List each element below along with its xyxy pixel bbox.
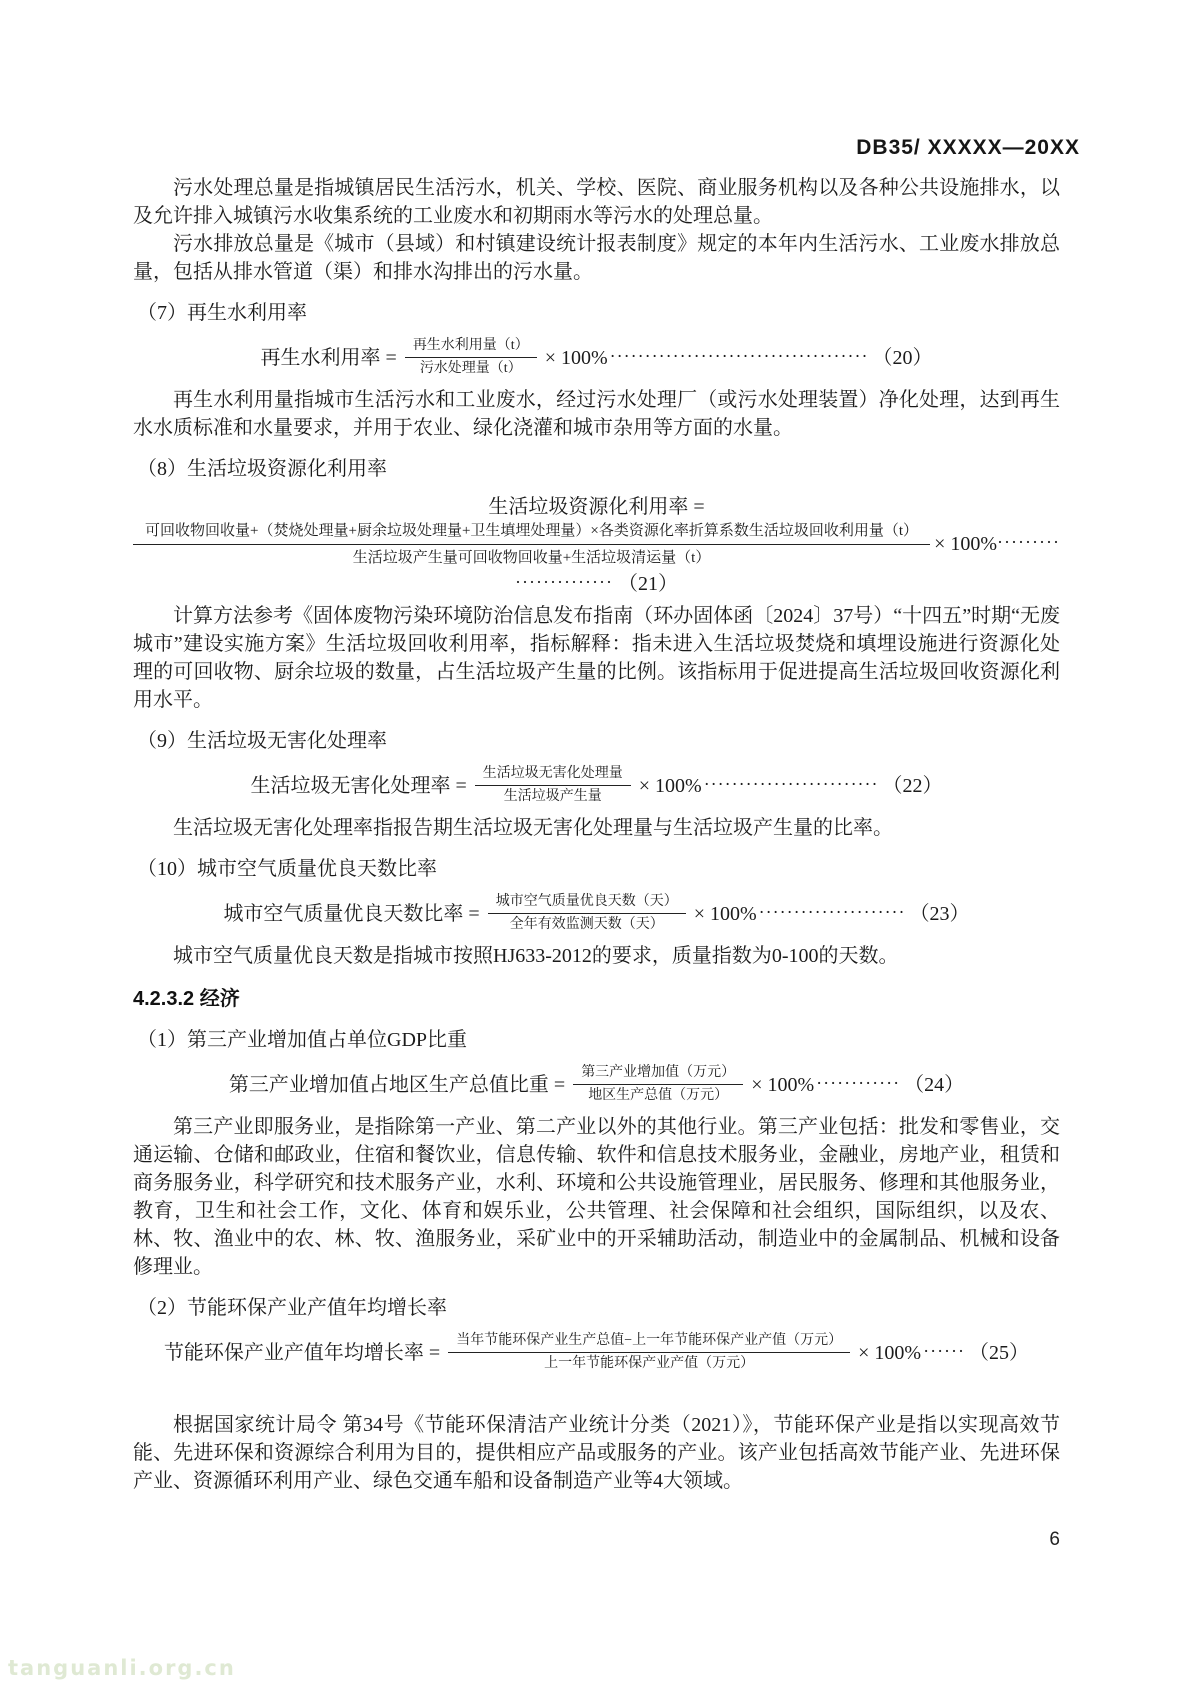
- formula-25-dots: ······: [923, 1339, 965, 1363]
- section-10-description: 城市空气质量优良天数是指城市按照HJ633-2012的要求，质量指数为0-100…: [133, 942, 1060, 970]
- formula-23: 城市空气质量优良天数比率 = 城市空气质量优良天数（天） 全年有效监测天数（天）…: [133, 893, 1060, 934]
- formula-24-numerator: 第三产业增加值（万元）: [573, 1064, 743, 1085]
- formula-20-numerator: 再生水利用量（t）: [405, 337, 537, 358]
- formula-20-lhs: 再生水利用率 =: [261, 346, 397, 370]
- formula-25-multiplier: × 100%: [858, 1341, 921, 1365]
- formula-21-fraction: 可回收物回收量+（焚烧处理量+厨余垃圾处理量+卫生填埋处理量）×各类资源化率折算…: [133, 521, 930, 568]
- formula-24-dots: ············: [816, 1071, 900, 1095]
- formula-20-dots: ·····································: [610, 344, 869, 368]
- intro-paragraph-2: 污水排放总量是《城市（县域）和村镇建设统计报表制度》规定的本年内生活污水、工业废…: [133, 230, 1060, 286]
- section-7-heading: （7）再生水利用率: [133, 300, 1060, 327]
- section-8-description: 计算方法参考《固体废物污染环境防治信息发布指南（环办固体函〔2024〕37号）“…: [133, 602, 1060, 714]
- formula-21-lhs: 生活垃圾资源化利用率 =: [133, 493, 1060, 521]
- economy-section-heading: 4.2.3.2 经济: [133, 986, 1060, 1013]
- formula-25-numerator: 当年节能环保产业生产总值−上一年节能环保产业产值（万元）: [448, 1332, 850, 1353]
- economy-2-description: 根据国家统计局令 第34号《节能环保清洁产业统计分类（2021）》，节能环保产业…: [133, 1411, 1060, 1495]
- economy-1-description: 第三产业即服务业，是指除第一产业、第二产业以外的其他行业。第三产业包括：批发和零…: [133, 1113, 1060, 1281]
- formula-23-multiplier: × 100%: [694, 902, 757, 926]
- formula-21-numerator: 可回收物回收量+（焚烧处理量+厨余垃圾处理量+卫生填埋处理量）×各类资源化率折算…: [133, 521, 930, 545]
- economy-1-heading: （1）第三产业增加值占单位GDP比重: [133, 1027, 1060, 1054]
- formula-23-fraction: 城市空气质量优良天数（天） 全年有效监测天数（天）: [488, 893, 686, 934]
- section-7-description: 再生水利用量指城市生活污水和工业废水，经过污水处理厂（或污水处理装置）净化处理，…: [133, 386, 1060, 442]
- formula-25-lhs: 节能环保产业产值年均增长率 =: [164, 1341, 440, 1365]
- formula-22-denominator: 生活垃圾产生量: [504, 786, 602, 806]
- formula-21-dots: ·········: [997, 532, 1060, 552]
- formula-25: 节能环保产业产值年均增长率 = 当年节能环保产业生产总值−上一年节能环保产业产值…: [133, 1332, 1060, 1373]
- formula-23-dots: ·····················: [759, 900, 906, 924]
- intro-paragraph-1: 污水处理总量是指城镇居民生活污水，机关、学校、医院、商业服务机构以及各种公共设施…: [133, 174, 1060, 230]
- section-9-description: 生活垃圾无害化处理率指报告期生活垃圾无害化处理量与生活垃圾产生量的比率。: [133, 814, 1060, 842]
- formula-24-multiplier: × 100%: [751, 1073, 814, 1097]
- watermark: tanguanli.org.cn: [8, 1656, 236, 1680]
- formula-24: 第三产业增加值占地区生产总值比重 = 第三产业增加值（万元） 地区生产总值（万元…: [133, 1064, 1060, 1105]
- formula-23-label: （23）: [910, 902, 970, 926]
- formula-21-label: （21）: [618, 573, 678, 595]
- formula-23-numerator: 城市空气质量优良天数（天）: [488, 893, 686, 914]
- section-10-heading: （10）城市空气质量优良天数比率: [133, 856, 1060, 883]
- formula-20: 再生水利用率 = 再生水利用量（t） 污水处理量（t） × 100% ·····…: [133, 337, 1060, 378]
- formula-20-multiplier: × 100%: [545, 346, 608, 370]
- formula-22-multiplier: × 100%: [639, 774, 702, 798]
- formula-21-tail-dots: ··············: [515, 572, 613, 592]
- formula-23-denominator: 全年有效监测天数（天）: [510, 914, 664, 934]
- formula-22-label: （22）: [883, 774, 943, 798]
- document-page: DB35/ XXXXX—20XX 污水处理总量是指城镇居民生活污水，机关、学校、…: [133, 0, 1060, 1551]
- section-9-heading: （9）生活垃圾无害化处理率: [133, 728, 1060, 755]
- formula-22-dots: ·························: [704, 772, 879, 796]
- formula-20-denominator: 污水处理量（t）: [420, 358, 522, 378]
- formula-21-multiplier: × 100%: [934, 533, 997, 555]
- formula-20-fraction: 再生水利用量（t） 污水处理量（t）: [405, 337, 537, 378]
- section-8-heading: （8）生活垃圾资源化利用率: [133, 456, 1060, 483]
- formula-24-fraction: 第三产业增加值（万元） 地区生产总值（万元）: [573, 1064, 743, 1105]
- formula-21-denominator: 生活垃圾产生量可回收物回收量+生活垃圾清运量（t）: [353, 545, 711, 568]
- formula-25-label: （25）: [969, 1341, 1029, 1365]
- formula-20-label: （20）: [872, 346, 932, 370]
- formula-22: 生活垃圾无害化处理率 = 生活垃圾无害化处理量 生活垃圾产生量 × 100% ·…: [133, 765, 1060, 806]
- formula-24-denominator: 地区生产总值（万元）: [588, 1085, 728, 1105]
- formula-22-fraction: 生活垃圾无害化处理量 生活垃圾产生量: [475, 765, 631, 806]
- formula-24-lhs: 第三产业增加值占地区生产总值比重 =: [229, 1073, 565, 1097]
- formula-22-numerator: 生活垃圾无害化处理量: [475, 765, 631, 786]
- formula-24-label: （24）: [904, 1073, 964, 1097]
- document-code: DB35/ XXXXX—20XX: [133, 0, 1080, 160]
- formula-23-lhs: 城市空气质量优良天数比率 =: [223, 902, 479, 926]
- formula-25-denominator: 上一年节能环保产业产值（万元）: [544, 1353, 754, 1373]
- economy-2-heading: （2）节能环保产业产值年均增长率: [133, 1295, 1060, 1322]
- page-number: 6: [133, 1529, 1060, 1551]
- formula-25-fraction: 当年节能环保产业生产总值−上一年节能环保产业产值（万元） 上一年节能环保产业产值…: [448, 1332, 850, 1373]
- formula-21: 生活垃圾资源化利用率 = 可回收物回收量+（焚烧处理量+厨余垃圾处理量+卫生填埋…: [133, 493, 1060, 598]
- formula-22-lhs: 生活垃圾无害化处理率 =: [250, 774, 466, 798]
